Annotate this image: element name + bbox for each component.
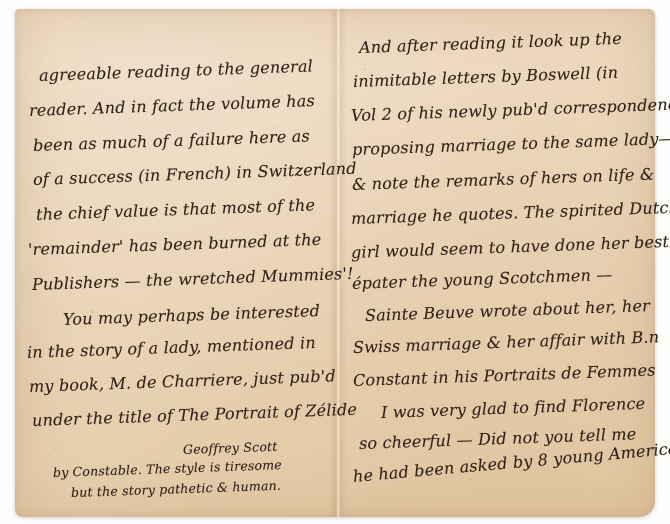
handwritten-line: And after reading it look up the [359, 29, 622, 57]
handwritten-line: Constant in his Portraits de Femmes [353, 360, 656, 390]
handwritten-line: inimitable letters by Boswell (in [353, 63, 619, 91]
handwritten-line: proposing marriage to the same lady— [352, 129, 670, 159]
handwritten-line: épater the young Scotchmen — [352, 265, 613, 293]
handwritten-line: 'remainder' has been burned at the [28, 230, 322, 259]
handwritten-line: my book, M. de Charriere, just pub'd [29, 366, 336, 396]
letter-page-right: And after reading it look up the inimita… [337, 9, 655, 517]
handwritten-line: girl would seem to have done her best to [351, 231, 670, 262]
handwritten-line: of a success (in French) in Switzerland [33, 159, 357, 189]
handwritten-line: under the title of The Portrait of Zélid… [32, 400, 358, 430]
handwritten-line: Vol 2 of his newly pub'd correspondence) [351, 94, 670, 125]
handwritten-line: Publishers — the wretched Mummies'! [32, 264, 354, 294]
handwritten-line: You may perhaps be interested [63, 301, 321, 329]
handwritten-line: I was very glad to find Florence [381, 394, 646, 422]
handwritten-line: & note the remarks of hers on life & [352, 164, 655, 194]
handwritten-line: Swiss marriage & her affair with B.n [353, 327, 660, 357]
handwritten-line: marriage he quotes. The spirited Dutch [351, 198, 670, 228]
letter-bifolium: agreeable reading to the general reader.… [15, 9, 655, 517]
handwritten-line: agreeable reading to the general [39, 56, 314, 85]
handwritten-line: in the story of a lady, mentioned in [27, 333, 316, 362]
handwritten-line: but the story pathetic & human. [71, 478, 282, 500]
handwritten-line: reader. And in fact the volume has [29, 91, 316, 120]
letter-page-left: agreeable reading to the general reader.… [15, 9, 337, 517]
handwritten-line: Sainte Beuve wrote about her, her [365, 296, 651, 325]
handwritten-line: been as much of a failure here as [33, 126, 311, 155]
handwritten-line: by Constable. The style is tiresome [53, 457, 282, 480]
handwritten-line-author: Geoffrey Scott [183, 439, 278, 457]
handwritten-line: the chief value is that most of the [36, 195, 316, 224]
